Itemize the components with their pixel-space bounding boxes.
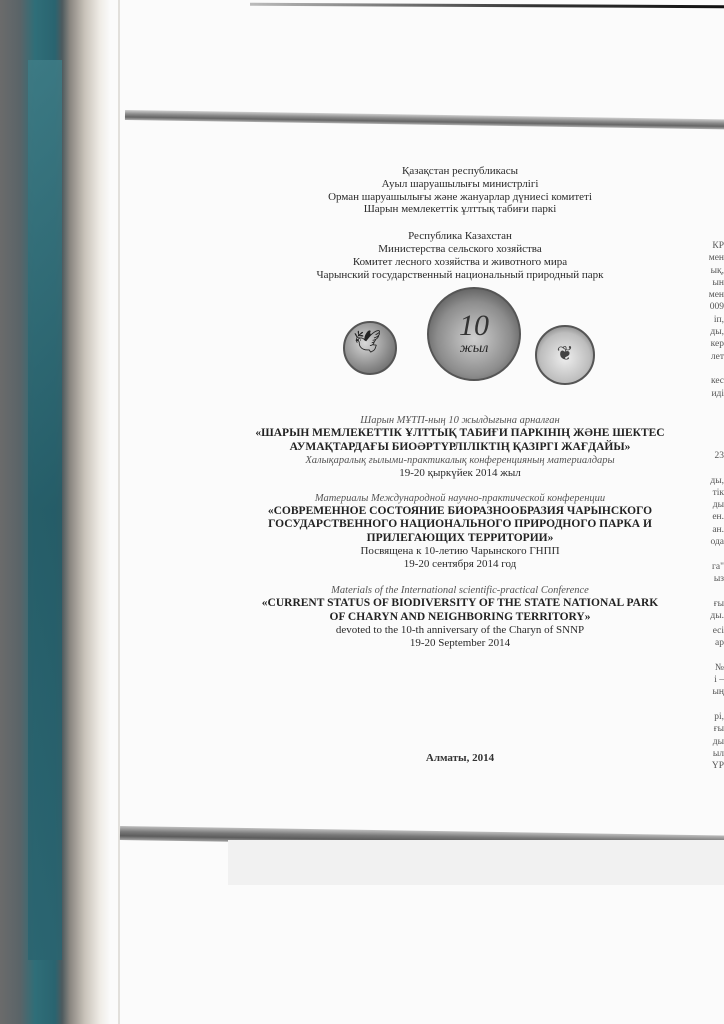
margin-fragment: мен bbox=[700, 252, 724, 264]
header-line: Комитет лесного хозяйства и животного ми… bbox=[200, 256, 720, 269]
margin-fragment: есі bbox=[700, 625, 724, 637]
header-line: Республика Казахстан bbox=[200, 230, 720, 243]
section-caption: Посвящена к 10-летию Чарынского ГНПП bbox=[200, 545, 720, 558]
margin-fragment bbox=[700, 363, 724, 375]
margin-fragment: 23 bbox=[700, 450, 724, 462]
margin-fragment: ар bbox=[700, 637, 724, 649]
header-line: Чарынский государственный национальный п… bbox=[200, 269, 720, 282]
section-title: «СОВРЕМЕННОЕ СОСТОЯНИЕ БИОРАЗНООБРАЗИЯ Ч… bbox=[200, 505, 720, 519]
kazakh-section: Шарын МҰТП-ның 10 жылдығына арналған «ША… bbox=[200, 414, 720, 480]
header-line: Орман шаруашылығы және жануарлар дүниесі… bbox=[200, 191, 720, 204]
binding-cover bbox=[28, 60, 62, 960]
margin-fragment: ода bbox=[700, 536, 724, 548]
top-scan-bar bbox=[125, 110, 724, 130]
margin-fragment: иді bbox=[700, 388, 724, 400]
emblem-number: 10 bbox=[429, 309, 519, 343]
kazakh-header: Қазақстан республикасы Ауыл шаруашылығы … bbox=[200, 165, 720, 216]
margin-fragment: КР bbox=[700, 240, 724, 252]
margin-fragment bbox=[700, 699, 724, 711]
anniversary-emblem-icon: 10 жыл bbox=[427, 287, 521, 381]
margin-fragment: ғы bbox=[700, 598, 724, 610]
section-date: 19-20 September 2014 bbox=[200, 637, 720, 650]
margin-fragment bbox=[700, 548, 724, 560]
leaf-emblem-icon: ❦ bbox=[535, 325, 595, 385]
header-line: Шарын мемлекеттік ұлттық табиғи паркі bbox=[200, 203, 720, 216]
title-page: Қазақстан республикасы Ауыл шаруашылығы … bbox=[200, 165, 720, 649]
section-title: «CURRENT STATUS OF BIODIVERSITY OF THE S… bbox=[200, 597, 720, 611]
margin-fragment: і – bbox=[700, 674, 724, 686]
next-page-margin-top: КРменық,ынмен009іп,ды,керлет кесиді bbox=[700, 240, 724, 400]
section-title: ПРИЛЕГАЮЩИХ ТЕРРИТОРИИ» bbox=[200, 532, 720, 546]
margin-fragment: ды, bbox=[700, 475, 724, 487]
margin-fragment: кес bbox=[700, 375, 724, 387]
margin-fragment: ғы bbox=[700, 723, 724, 735]
margin-fragment: ын bbox=[700, 277, 724, 289]
section-subtitle: Материалы Международной научно-практичес… bbox=[200, 492, 720, 505]
margin-fragment: ың bbox=[700, 686, 724, 698]
margin-fragment: рі, bbox=[700, 711, 724, 723]
margin-fragment: 009 bbox=[700, 301, 724, 313]
scan-shadow bbox=[228, 840, 724, 885]
margin-fragment: ды. bbox=[700, 610, 724, 622]
margin-fragment: ҮР bbox=[700, 760, 724, 772]
margin-fragment: № bbox=[700, 662, 724, 674]
section-title: АУМАҚТАРДАҒЫ БИОӘРТҮРЛІЛІКТІҢ ҚАЗІРГІ ЖА… bbox=[200, 441, 720, 455]
section-title: ГОСУДАРСТВЕННОГО НАЦИОНАЛЬНОГО ПРИРОДНОГ… bbox=[200, 518, 720, 532]
margin-fragment: га" bbox=[700, 561, 724, 573]
bird-emblem-icon: 🕊 bbox=[343, 321, 397, 375]
margin-fragment: кер bbox=[700, 338, 724, 350]
section-subtitle: Шарын МҰТП-ның 10 жылдығына арналған bbox=[200, 414, 720, 427]
margin-fragment: ан. bbox=[700, 524, 724, 536]
margin-fragment: тік bbox=[700, 487, 724, 499]
section-date: 19-20 сентября 2014 год bbox=[200, 558, 720, 571]
logos-row: 🕊 10 жыл ❦ bbox=[200, 287, 720, 412]
section-subtitle: Materials of the International scientifi… bbox=[200, 584, 720, 597]
header-line: Ауыл шаруашылығы министрлігі bbox=[200, 178, 720, 191]
margin-fragment: іп, bbox=[700, 314, 724, 326]
book-binding bbox=[0, 0, 110, 1024]
margin-fragment bbox=[700, 585, 724, 597]
section-caption: Халықаралық ғылыми-практикалық конференц… bbox=[200, 454, 720, 467]
page-edge bbox=[118, 0, 120, 1024]
margin-fragment: лет bbox=[700, 351, 724, 363]
header-line: Қазақстан республикасы bbox=[200, 165, 720, 178]
margin-fragment: ды, bbox=[700, 326, 724, 338]
english-section: Materials of the International scientifi… bbox=[200, 584, 720, 649]
margin-fragment: ен. bbox=[700, 511, 724, 523]
margin-fragment: ыз bbox=[700, 573, 724, 585]
margin-fragment: ды bbox=[700, 499, 724, 511]
margin-fragment bbox=[700, 650, 724, 662]
top-scan-line bbox=[250, 3, 724, 8]
section-title: «ШАРЫН МЕМЛЕКЕТТІК ҰЛТТЫҚ ТАБИҒИ ПАРКІНІ… bbox=[200, 427, 720, 441]
city-year: Алматы, 2014 bbox=[200, 752, 720, 764]
margin-fragment: ық, bbox=[700, 265, 724, 277]
next-page-margin-mid: 23 ды,тікдыен.ан.ода га"ыз ғыды. bbox=[700, 450, 724, 622]
russian-header: Республика Казахстан Министерства сельск… bbox=[200, 230, 720, 281]
section-date: 19-20 қыркүйек 2014 жыл bbox=[200, 467, 720, 480]
section-caption: devoted to the 10-th anniversary of the … bbox=[200, 624, 720, 637]
emblem-word: жыл bbox=[429, 341, 519, 357]
header-line: Министерства сельского хозяйства bbox=[200, 243, 720, 256]
russian-section: Материалы Международной научно-практичес… bbox=[200, 492, 720, 571]
section-title: OF CHARYN AND NEIGHBORING TERRITORY» bbox=[200, 611, 720, 625]
margin-fragment: мен bbox=[700, 289, 724, 301]
margin-fragment bbox=[700, 462, 724, 474]
margin-fragment: ыл bbox=[700, 748, 724, 760]
margin-fragment: ды bbox=[700, 736, 724, 748]
next-page-margin-low: есіар №і –ың рі,ғыдыылҮР bbox=[700, 625, 724, 773]
